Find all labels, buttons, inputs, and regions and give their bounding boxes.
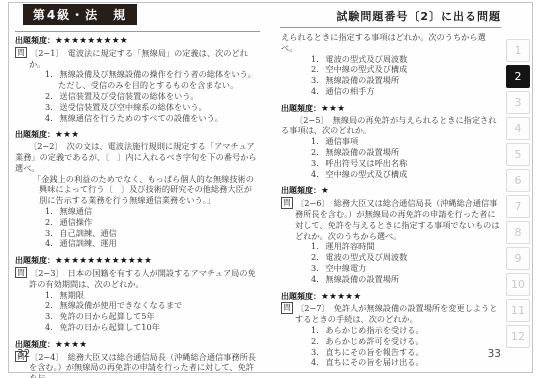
option-number: 1． <box>45 206 58 216</box>
option-text: 直ちにその旨を報告する。 <box>325 347 423 357</box>
option-number: 3． <box>45 102 58 112</box>
frequency-label: 出題頻度： <box>281 292 321 301</box>
right-page-number: 33 <box>464 348 501 360</box>
mon-badge: 問 <box>281 197 293 209</box>
page-tab-10: 10 <box>506 273 530 296</box>
question-block: 出題頻度：★問〔2−6〕総務大臣又は総合通信局長（沖縄総合通信事務所長を含む。）… <box>281 186 501 284</box>
option-text: 直ちにその旨を届け出る。 <box>325 357 423 367</box>
question-block: 出題頻度：★★★★★★★★★問〔2−1〕電波法に規定する「無線局」の定義は、次の… <box>15 36 260 123</box>
question-number: 〔2−6〕 <box>296 198 330 208</box>
option-item: 3．免許の日から起算して5年 <box>15 311 260 322</box>
option-text: 無線設備の設置場所 <box>325 75 399 85</box>
question-line: 〔2−5〕無線局の再免許が与えられるときに指定される事項は、次のどれか。 <box>281 115 501 137</box>
option-text: 空中線電力 <box>325 263 366 273</box>
option-text: 自己訓練、通信 <box>59 228 116 238</box>
option-number: 3． <box>311 347 324 357</box>
option-number: 3． <box>311 263 324 273</box>
frequency-label: 出題頻度： <box>281 186 321 195</box>
option-item: 2．無線設備の設置場所 <box>281 147 501 158</box>
option-number: 1． <box>311 325 324 335</box>
question-line: 問〔2−1〕電波法に規定する「無線局」の定義は、次のどれか。 <box>15 47 260 70</box>
page-tab-4: 4 <box>506 117 530 140</box>
chapter-tabs: 123456789101112 <box>506 39 532 351</box>
question-line: 〔2−2〕次の文は、電波法施行規則に規定する「アマチュア業務」の定義であるが、〔… <box>15 141 260 173</box>
option-item: 1．運用許容時間 <box>281 241 501 252</box>
option-text: 通信事項 <box>325 136 358 146</box>
option-item: 3．自己訓練、通信 <box>15 228 260 239</box>
question-number: 〔2−1〕 <box>30 48 64 58</box>
option-number: 3． <box>311 75 324 85</box>
question-block: 出題頻度：★★★★★★★★★★★★問〔2−3〕日本の国籍を有する人が開設するアマ… <box>15 256 260 333</box>
star-rating: ★★★★ <box>55 340 87 350</box>
option-text: 呼出符号又は呼出名称 <box>325 158 407 168</box>
page-tab-12: 12 <box>506 325 530 348</box>
option-item: 3．空中線電力 <box>281 263 501 274</box>
page-tab-5: 5 <box>506 143 530 166</box>
option-number: 3． <box>45 228 58 238</box>
option-item: 4．通信の相手方 <box>281 86 501 97</box>
question-line: 問〔2−4〕総務大臣又は総合通信局長（沖縄総合通信事務所長を含む。）が無線局の再… <box>15 351 260 378</box>
option-text: 免許の日から起算して5年 <box>59 311 154 321</box>
option-text: 無期限 <box>59 290 84 300</box>
option-number: 4． <box>45 113 58 123</box>
option-text: 電波の型式及び周波数 <box>325 252 407 262</box>
frequency-label: 出題頻度： <box>281 104 321 113</box>
option-item: 4．通信訓練、運用 <box>15 238 260 249</box>
page-tab-1: 1 <box>506 39 530 62</box>
option-text: あらかじめ許可を受ける。 <box>325 336 423 346</box>
option-item: 3．送受信装置及び空中線系の総体をいう。 <box>15 102 260 113</box>
question-line: 問〔2−6〕総務大臣又は総合通信局長（沖縄総合通信事務所長を含む。）が無線局の再… <box>281 197 501 241</box>
page-tab-8: 8 <box>506 221 530 244</box>
option-text: 空中線の型式及び構成 <box>325 169 407 179</box>
frequency-row: 出題頻度：★★★★★★★★★★★★ <box>15 256 260 267</box>
option-text: 送受信装置及び空中線系の総体をいう。 <box>59 102 206 112</box>
option-item: 1．通信事項 <box>281 136 501 147</box>
frequency-label: 出題頻度： <box>15 36 55 45</box>
option-number: 2． <box>311 64 324 74</box>
option-item: 1．電波の型式及び周波数 <box>281 54 501 65</box>
frequency-row: 出題頻度：★★★★★★★★★ <box>15 36 260 47</box>
book-spread: { "left_page": { "header_title": "第4級・法 … <box>0 0 536 378</box>
left-page-rule <box>15 31 260 32</box>
question-line: 問〔2−7〕免許人が無線設備の設置場所を変更しようとするときの手続は、次のどれか… <box>281 302 501 325</box>
option-number: 2． <box>311 336 324 346</box>
question-block: 出題頻度：★★★★問〔2−4〕総務大臣又は総合通信局長（沖縄総合通信事務所長を含… <box>15 340 260 378</box>
left-page-number: 32 <box>17 348 30 360</box>
star-rating: ★★★★★ <box>321 292 362 302</box>
option-number: 1． <box>311 136 324 146</box>
option-number: 2． <box>45 91 58 101</box>
question-number: 〔2−2〕 <box>29 141 63 151</box>
question-number: 〔2−7〕 <box>296 303 330 313</box>
option-text: 無線通信 <box>59 206 92 216</box>
option-number: 1． <box>45 69 58 79</box>
frequency-row: 出題頻度：★ <box>281 186 501 197</box>
question-quote: 「金銭上の利益のためでなく、もっぱら個人的な無線技術の興味によって行う〔 〕及び… <box>15 174 260 206</box>
option-number: 2． <box>311 252 324 262</box>
option-item: 2．無線設備が使用できなくなるまで <box>15 300 260 311</box>
mon-badge: 問 <box>15 267 27 279</box>
option-item: 1．無期限 <box>15 290 260 301</box>
right-page-content: えられるときに指定する事項はどれか。次のうちから選べ。1．電波の型式及び周波数2… <box>281 32 501 368</box>
option-number: 2． <box>311 147 324 157</box>
page-tab-2: 2 <box>506 65 530 88</box>
option-text: 無線設備及び無線設備の操作を行う者の総体をいう。ただし、受信のみを目的とするもの… <box>58 69 256 90</box>
option-number: 4． <box>45 238 58 248</box>
frequency-row: 出題頻度：★★★ <box>15 130 260 141</box>
option-item: 4．空中線の型式及び構成 <box>281 169 501 180</box>
option-text: 空中線の型式及び構成 <box>325 64 407 74</box>
option-item: 2．送信装置及び受信装置の総体をいう。 <box>15 91 260 102</box>
question-number: 〔2−3〕 <box>30 268 64 278</box>
question-number: 〔2−4〕 <box>30 352 64 362</box>
mon-badge: 問 <box>15 47 27 59</box>
option-number: 4． <box>45 322 58 332</box>
left-page-title: 第4級・法 規 <box>33 6 127 23</box>
question-block: 出題頻度：★★★〔2−2〕次の文は、電波法施行規則に規定する「アマチュア業務」の… <box>15 130 260 249</box>
left-page-content: 出題頻度：★★★★★★★★★問〔2−1〕電波法に規定する「無線局」の定義は、次の… <box>15 36 260 378</box>
option-text: 無線設備の設置場所 <box>325 147 399 157</box>
option-text: 通信訓練、運用 <box>59 238 116 248</box>
star-rating: ★★★ <box>321 104 345 114</box>
option-number: 4． <box>311 169 324 179</box>
star-rating: ★★★★★★★★★★★★ <box>55 256 152 266</box>
frequency-label: 出題頻度： <box>15 130 55 139</box>
option-item: 3．呼出符号又は呼出名称 <box>281 158 501 169</box>
frequency-row: 出題頻度：★★★★ <box>15 340 260 351</box>
option-item: 2．電波の型式及び周波数 <box>281 252 501 263</box>
page-frame: 第4級・法 規 出題頻度：★★★★★★★★★問〔2−1〕電波法に規定する「無線局… <box>8 2 533 373</box>
frequency-row: 出題頻度：★★★ <box>281 104 501 115</box>
page-tab-7: 7 <box>506 195 530 218</box>
option-number: 4． <box>311 357 324 367</box>
option-text: 無線設備の設置場所 <box>325 274 399 284</box>
option-item: 4．無線通信を行うためのすべての設備をいう。 <box>15 113 260 124</box>
star-rating: ★ <box>321 186 329 196</box>
option-item: 2．通信操作 <box>15 217 260 228</box>
star-rating: ★★★ <box>55 130 79 140</box>
option-item: 1．無線通信 <box>15 206 260 217</box>
page-tab-11: 11 <box>506 299 530 322</box>
option-text: 無線通信を行うためのすべての設備をいう。 <box>59 113 223 123</box>
option-number: 3． <box>45 311 58 321</box>
option-number: 2． <box>45 300 58 310</box>
option-number: 4． <box>311 86 324 96</box>
option-text: 無線設備が使用できなくなるまで <box>59 300 182 310</box>
continuation-text: えられるときに指定する事項はどれか。次のうちから選べ。 <box>281 32 501 54</box>
option-item: 1．無線設備及び無線設備の操作を行う者の総体をいう。ただし、受信のみを目的とする… <box>15 69 260 91</box>
right-page-rule <box>280 27 501 28</box>
option-text: 運用許容時間 <box>325 241 374 251</box>
option-item: 4．無線設備の設置場所 <box>281 274 501 285</box>
star-rating: ★★★★★★★★★ <box>55 36 128 46</box>
option-number: 1． <box>45 290 58 300</box>
frequency-label: 出題頻度： <box>15 256 55 265</box>
right-page-title: 試験問題番号〔2〕に出る問題 <box>280 8 501 24</box>
option-text: 送信装置及び受信装置の総体をいう。 <box>59 91 198 101</box>
option-text: 通信の相手方 <box>325 86 374 96</box>
question-number: 〔2−5〕 <box>295 115 329 125</box>
page-tab-9: 9 <box>506 247 530 270</box>
left-page-header-bar: 第4級・法 規 <box>23 4 137 25</box>
option-item: 1．あらかじめ指示を受ける。 <box>281 325 501 336</box>
continuation-block: えられるときに指定する事項はどれか。次のうちから選べ。1．電波の型式及び周波数2… <box>281 32 501 97</box>
option-number: 1． <box>311 54 324 64</box>
option-number: 2． <box>45 217 58 227</box>
question-line: 問〔2−3〕日本の国籍を有する人が開設するアマチュア局の免許の有効期間は、次のど… <box>15 267 260 290</box>
option-text: 免許の日から起算して10年 <box>59 322 159 332</box>
option-number: 3． <box>311 158 324 168</box>
option-number: 1． <box>311 241 324 251</box>
page-tab-6: 6 <box>506 169 530 192</box>
page-tab-3: 3 <box>506 91 530 114</box>
option-number: 4． <box>311 274 324 284</box>
option-item: 2．空中線の型式及び構成 <box>281 64 501 75</box>
option-item: 2．あらかじめ許可を受ける。 <box>281 336 501 347</box>
option-text: あらかじめ指示を受ける。 <box>325 325 423 335</box>
option-item: 4．免許の日から起算して10年 <box>15 322 260 333</box>
option-text: 電波の型式及び周波数 <box>325 54 407 64</box>
option-item: 3．無線設備の設置場所 <box>281 75 501 86</box>
frequency-row: 出題頻度：★★★★★ <box>281 292 501 303</box>
option-text: 通信操作 <box>59 217 92 227</box>
question-block: 出題頻度：★★★〔2−5〕無線局の再免許が与えられるときに指定される事項は、次の… <box>281 104 501 180</box>
mon-badge: 問 <box>281 302 293 314</box>
